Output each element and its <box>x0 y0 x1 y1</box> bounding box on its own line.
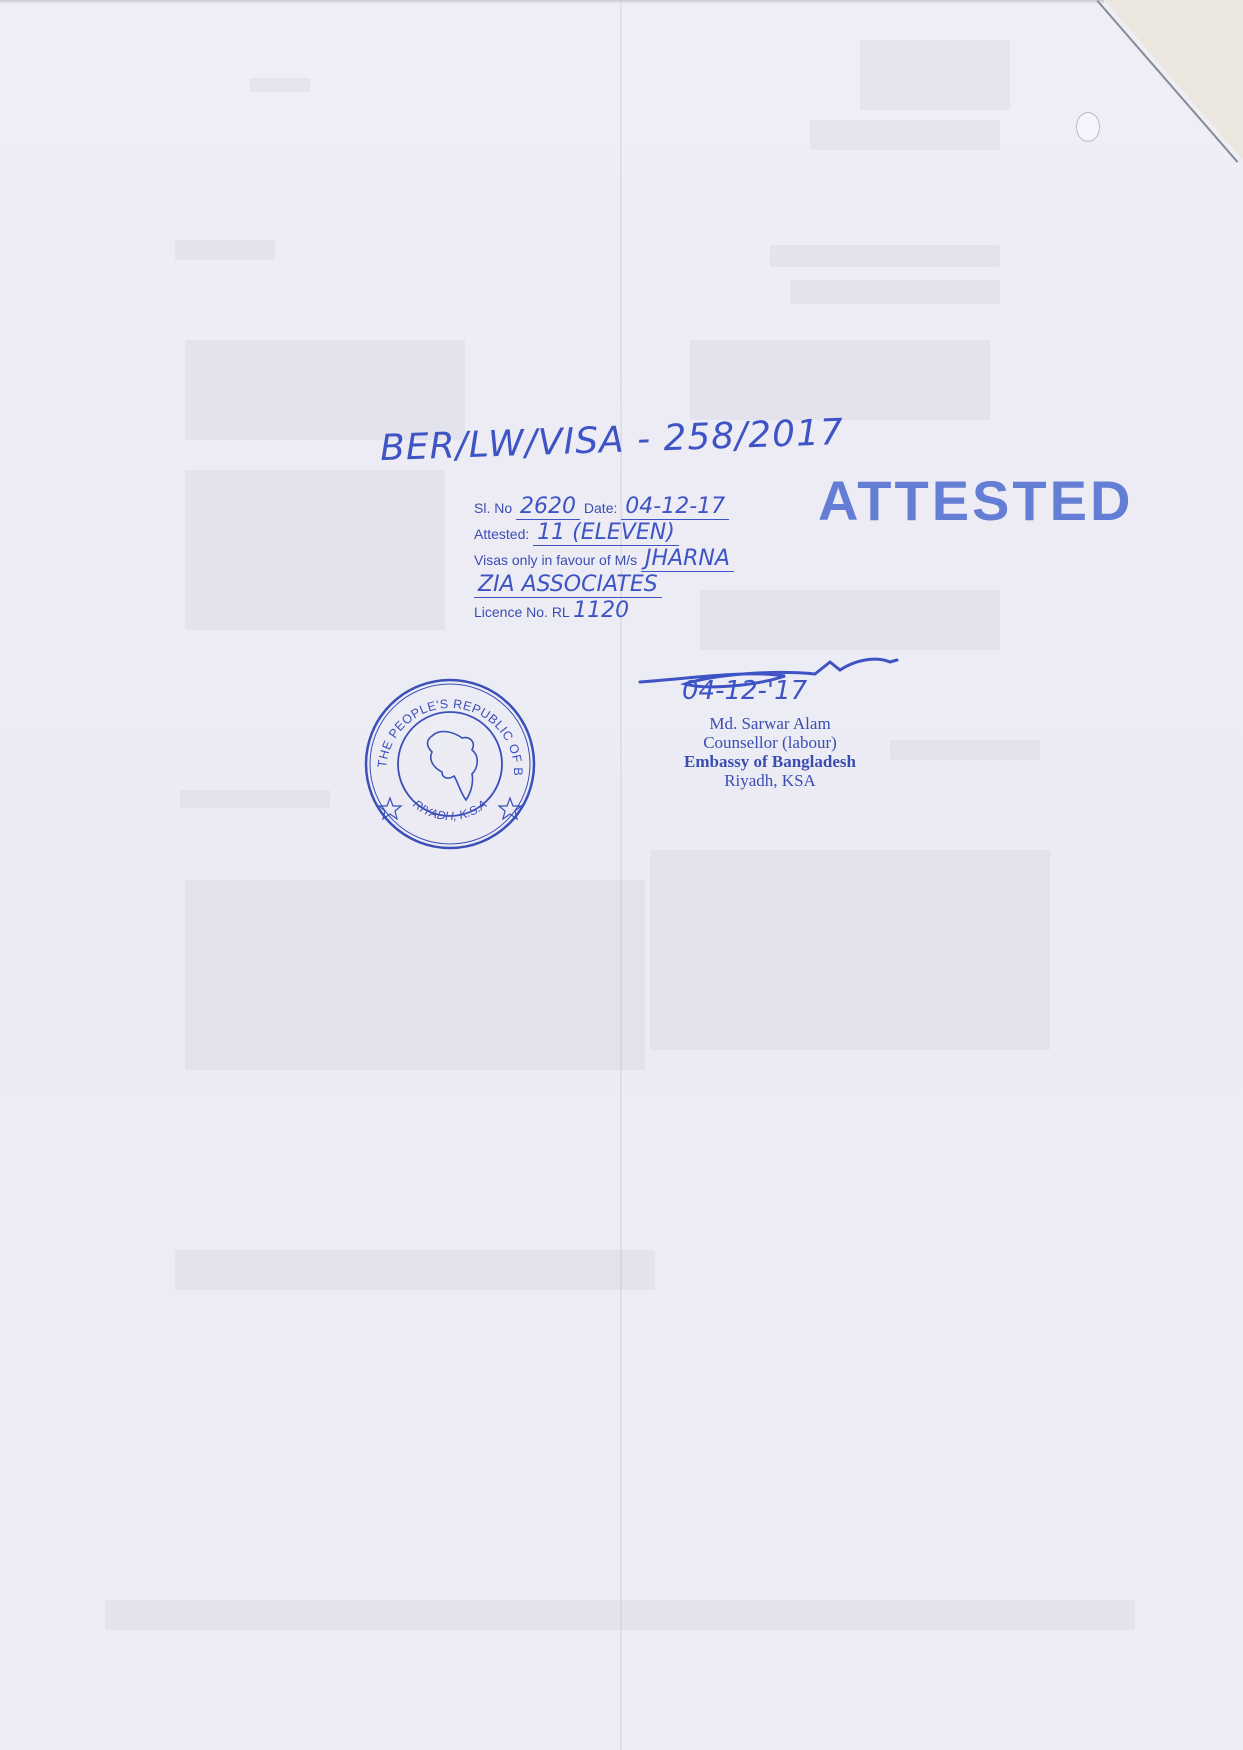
signatory-office: Embassy of Bangladesh <box>640 752 900 771</box>
bleed-through <box>185 880 645 1070</box>
date-label: Date: <box>584 500 617 516</box>
favour-value-line1: JHARNA <box>641 546 734 572</box>
bleed-through <box>810 120 1000 150</box>
signatory-location: Riyadh, KSA <box>640 771 900 790</box>
bleed-through <box>105 1600 1135 1630</box>
licence-row: Licence No. RL 1120 <box>474 598 804 624</box>
seal-bottom-text: RIYADH, K.S.A <box>410 797 489 823</box>
signature-date: 04-12-'17 <box>682 676 807 706</box>
seal-outer-text: EMBASSY OF THE PEOPLE'S REPUBLIC OF BANG… <box>362 676 525 776</box>
bleed-through <box>790 280 1000 304</box>
bleed-through <box>250 78 310 92</box>
signatory-name: Md. Sarwar Alam <box>640 714 900 733</box>
bleed-through <box>185 340 465 440</box>
scanned-page: BER/LW/VISA - 258/2017 ATTESTED Sl. No 2… <box>0 0 1243 1750</box>
attested-row: Attested: 11 (ELEVEN) <box>474 520 804 546</box>
signatory-block: Md. Sarwar Alam Counsellor (labour) Emba… <box>640 714 900 790</box>
sl-no-row: Sl. No 2620 Date: 04-12-17 <box>474 494 804 520</box>
bleed-through <box>650 850 1050 1050</box>
bleed-through <box>180 790 330 808</box>
favour-value-line2: ZIA ASSOCIATES <box>474 572 662 598</box>
favour-row-2: ZIA ASSOCIATES <box>474 572 804 598</box>
date-value: 04-12-17 <box>621 494 729 520</box>
bleed-through <box>185 470 445 630</box>
sl-no-value: 2620 <box>516 494 580 520</box>
licence-value: 1120 <box>573 598 629 623</box>
favour-row: Visas only in favour of M/s JHARNA <box>474 546 804 572</box>
attestation-stamp-block: Sl. No 2620 Date: 04-12-17 Attested: 11 … <box>474 494 804 624</box>
bleed-through <box>690 340 990 420</box>
bleed-through <box>175 1250 655 1290</box>
licence-label: Licence No. RL <box>474 604 569 620</box>
embassy-seal: EMBASSY OF THE PEOPLE'S REPUBLIC OF BANG… <box>362 676 538 852</box>
paper-top-edge <box>0 0 1104 4</box>
punch-hole <box>1076 112 1100 142</box>
attested-count: 11 (ELEVEN) <box>533 520 679 546</box>
bleed-through <box>175 240 275 260</box>
attested-label: Attested: <box>474 526 529 542</box>
bangladesh-map-icon <box>428 732 478 800</box>
bleed-through <box>860 40 1010 110</box>
bleed-through <box>890 740 1040 760</box>
sl-no-label: Sl. No <box>474 500 512 516</box>
attested-stamp: ATTESTED <box>818 468 1133 533</box>
visas-label: Visas only in favour of M/s <box>474 552 637 568</box>
bleed-through <box>770 245 1000 267</box>
signatory-title: Counsellor (labour) <box>640 733 900 752</box>
paper-fold-line <box>620 0 622 1750</box>
